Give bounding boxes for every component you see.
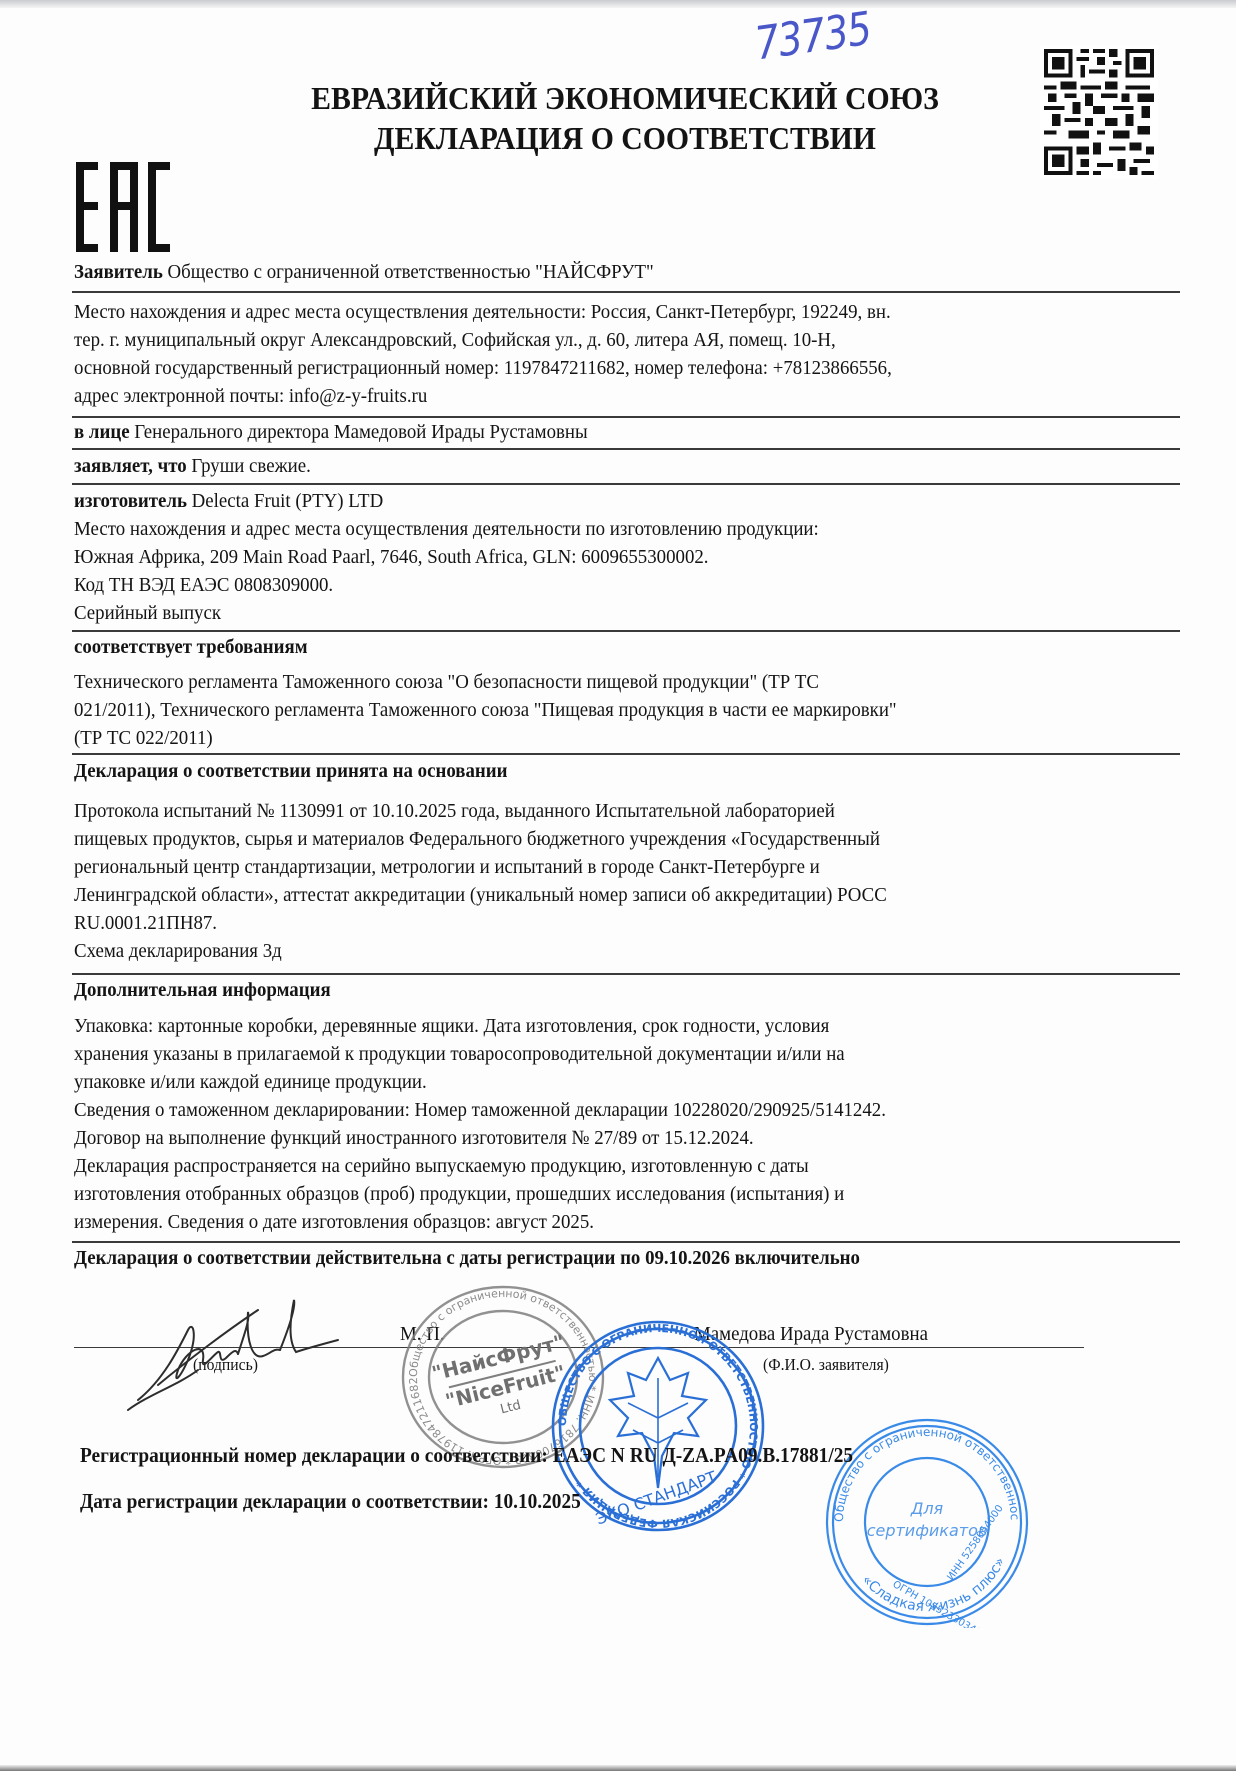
represented-by-row: в лице Генерального директора Мамедовой … xyxy=(74,418,588,446)
divider xyxy=(72,1241,1180,1243)
declares-label: заявляет, что xyxy=(74,455,187,477)
scan-edge-bottom xyxy=(0,1765,1236,1771)
registration-date-value: 10.10.2025 xyxy=(494,1489,581,1513)
declares-row: заявляет, что Груши свежие. xyxy=(74,452,311,480)
represented-by-label: в лице xyxy=(74,421,130,443)
additional-text: Упаковка: картонные коробки, деревянные … xyxy=(74,1012,957,1236)
applicant-label: Заявитель xyxy=(74,261,163,283)
divider xyxy=(72,973,1180,975)
divider xyxy=(72,753,1180,755)
applicant-value: Общество с ограниченной ответственностью… xyxy=(168,261,654,283)
manufacturer-label: изготовитель xyxy=(74,490,187,512)
handwritten-signature xyxy=(118,1290,348,1420)
registration-number-label: Регистрационный номер декларации о соотв… xyxy=(80,1443,548,1467)
manufacturer-row: изготовитель Delecta Fruit (PTY) LTD xyxy=(74,487,383,515)
divider xyxy=(72,448,1180,450)
validity-statement: Декларация о соответствии действительна … xyxy=(74,1244,860,1272)
registration-date-row: Дата регистрации декларации о соответств… xyxy=(80,1487,581,1515)
sweet-life-certificate-stamp: Общество с ограниченной ответственностью… xyxy=(822,1416,1032,1628)
manufacturer-value: Delecta Fruit (PTY) LTD xyxy=(192,490,384,512)
handwritten-number: 73735 xyxy=(752,2,874,70)
manufacturer-details: Место нахождения и адрес места осуществл… xyxy=(74,515,884,627)
divider xyxy=(72,483,1180,485)
document-title: ДЕКЛАРАЦИЯ О СООТВЕТСТВИИ xyxy=(230,118,1021,158)
divider xyxy=(72,630,1180,632)
scan-edge-top xyxy=(0,0,1236,8)
requirements-text: Технического регламента Таможенного союз… xyxy=(74,668,968,752)
registration-number-value: ЕАЭС N RU Д-ZA.PA09.B.17881/25 xyxy=(553,1443,853,1467)
svg-text:Ltd: Ltd xyxy=(499,1398,523,1418)
basis-text: Протокола испытаний № 1130991 от 10.10.2… xyxy=(74,797,957,965)
applicant-row: Заявитель Общество с ограниченной ответс… xyxy=(74,258,654,286)
applicant-name-caption: (Ф.И.О. заявителя) xyxy=(763,1351,889,1379)
eco-standard-stamp: ОБЩЕСТВО С ОГРАНИЧЕННОЙ ОТВЕТСТВЕННОСТЬЮ… xyxy=(548,1318,768,1533)
represented-by-value: Генерального директора Мамедовой Ирады Р… xyxy=(134,421,587,443)
svg-text:Для: Для xyxy=(910,1499,944,1518)
additional-heading: Дополнительная информация xyxy=(74,976,331,1004)
union-title: ЕВРАЗИЙСКИЙ ЭКОНОМИЧЕСКИЙ СОЮЗ xyxy=(230,78,1021,118)
qr-code-icon xyxy=(1040,44,1158,180)
requirements-heading: соответствует требованиям xyxy=(74,633,308,661)
divider xyxy=(72,291,1180,293)
basis-heading: Декларация о соответствии принята на осн… xyxy=(74,757,508,785)
product-name: Груши свежие. xyxy=(191,455,310,477)
registration-date-label: Дата регистрации декларации о соответств… xyxy=(80,1489,489,1513)
applicant-address: Место нахождения и адрес места осуществл… xyxy=(74,298,963,410)
eac-mark-icon xyxy=(74,160,174,254)
registration-number-row: Регистрационный номер декларации о соотв… xyxy=(80,1441,853,1469)
svg-text:сертификатов: сертификатов xyxy=(867,1521,988,1540)
